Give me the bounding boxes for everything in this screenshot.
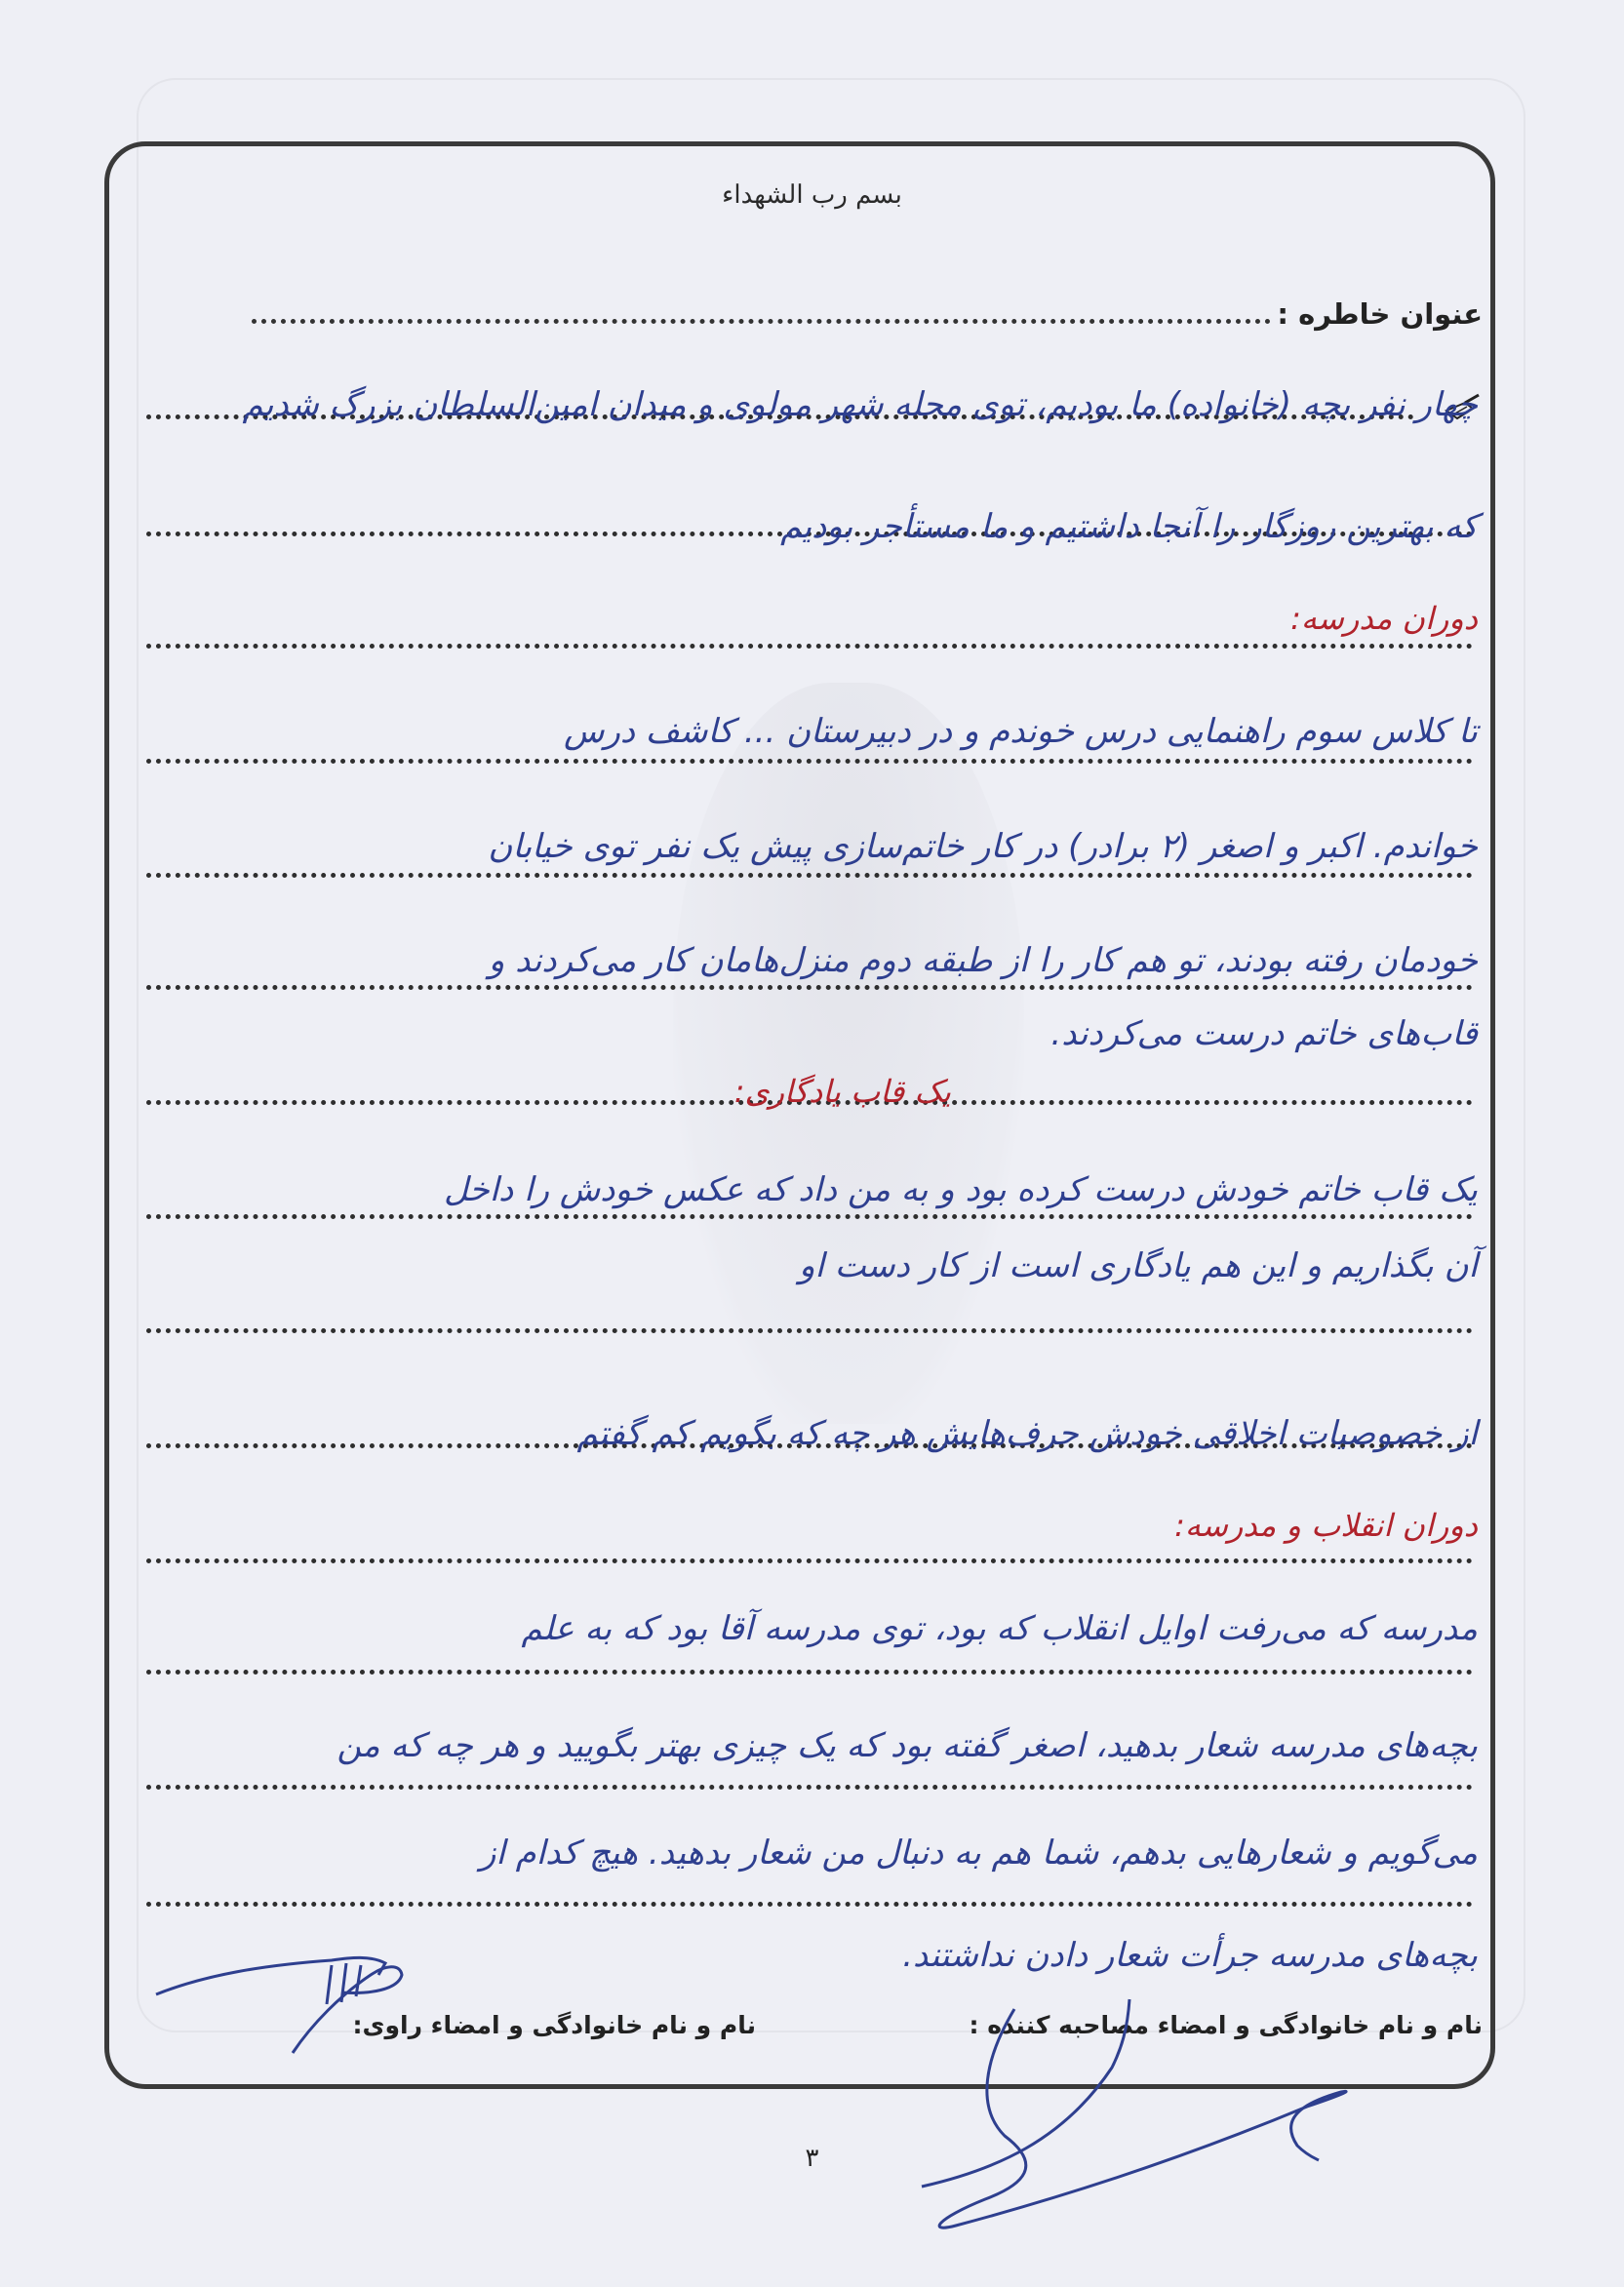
handwritten-line: یک قاب خاتم خودش درست کرده بود و به من د… — [444, 1170, 1478, 1209]
page-header: بسم رب الشهداء — [0, 180, 1624, 210]
handwritten-line: چهار نفر بچه (خانواده) ما بودیم، توی محل… — [242, 385, 1478, 424]
handwritten-line: خواندم. اکبر و اصغر (۲ برادر) در کار خات… — [488, 827, 1478, 866]
narrator-signature — [146, 1936, 458, 2063]
handwritten-line: قاب‌های خاتم درست می‌کردند. — [1050, 1014, 1478, 1053]
handwritten-line: خودمان رفته بودند، تو هم کار را از طبقه … — [489, 941, 1478, 980]
section-heading: دوران انقلاب و مدرسه: — [1174, 1507, 1478, 1544]
handwritten-line: از خصوصیات اخلاقی خودش حرف‌هایش هر چه که… — [576, 1414, 1478, 1453]
ruled-line — [146, 873, 1473, 878]
ruled-line — [146, 1902, 1473, 1907]
handwritten-line: بچه‌های مدرسه جرأت شعار دادن نداشتند. — [902, 1936, 1478, 1975]
ruled-line — [146, 1328, 1473, 1333]
handwritten-line: بچه‌های مدرسه شعار بدهید، اصغر گفته بود … — [337, 1726, 1478, 1765]
memory-title-row: عنوان خاطره : — [252, 297, 1483, 331]
page-number: ۳ — [0, 2144, 1624, 2173]
section-heading: دوران مدرسه: — [1290, 600, 1478, 637]
handwritten-line: تا کلاس سوم راهنمایی درس خوندم و در دبیر… — [564, 712, 1478, 751]
ruled-line — [146, 644, 1473, 649]
handwritten-line: آن بگذاریم و این هم یادگاری است از کار د… — [799, 1246, 1478, 1285]
ruled-line — [146, 1670, 1473, 1675]
handwritten-line: می‌گویم و شعارهایی بدهم، شما هم به دنبال… — [480, 1834, 1478, 1873]
ruled-line — [146, 759, 1473, 764]
ruled-line — [146, 985, 1473, 990]
section-heading: یک قاب یادگاری: — [734, 1073, 951, 1110]
ruled-line — [146, 1785, 1473, 1790]
ruled-line — [146, 1214, 1473, 1219]
handwritten-line: که بهترین روزگار را آنجا داشتیم و ما مست… — [780, 507, 1478, 546]
handwritten-line: مدرسه که می‌رفت اوایل انقلاب که بود، توی… — [521, 1609, 1478, 1648]
interviewer-signature — [897, 1999, 1424, 2253]
memory-title-field[interactable] — [252, 305, 1271, 324]
ruled-line — [146, 1558, 1473, 1563]
form-frame — [104, 141, 1495, 2089]
memory-title-label: عنوان خاطره : — [1277, 297, 1483, 331]
